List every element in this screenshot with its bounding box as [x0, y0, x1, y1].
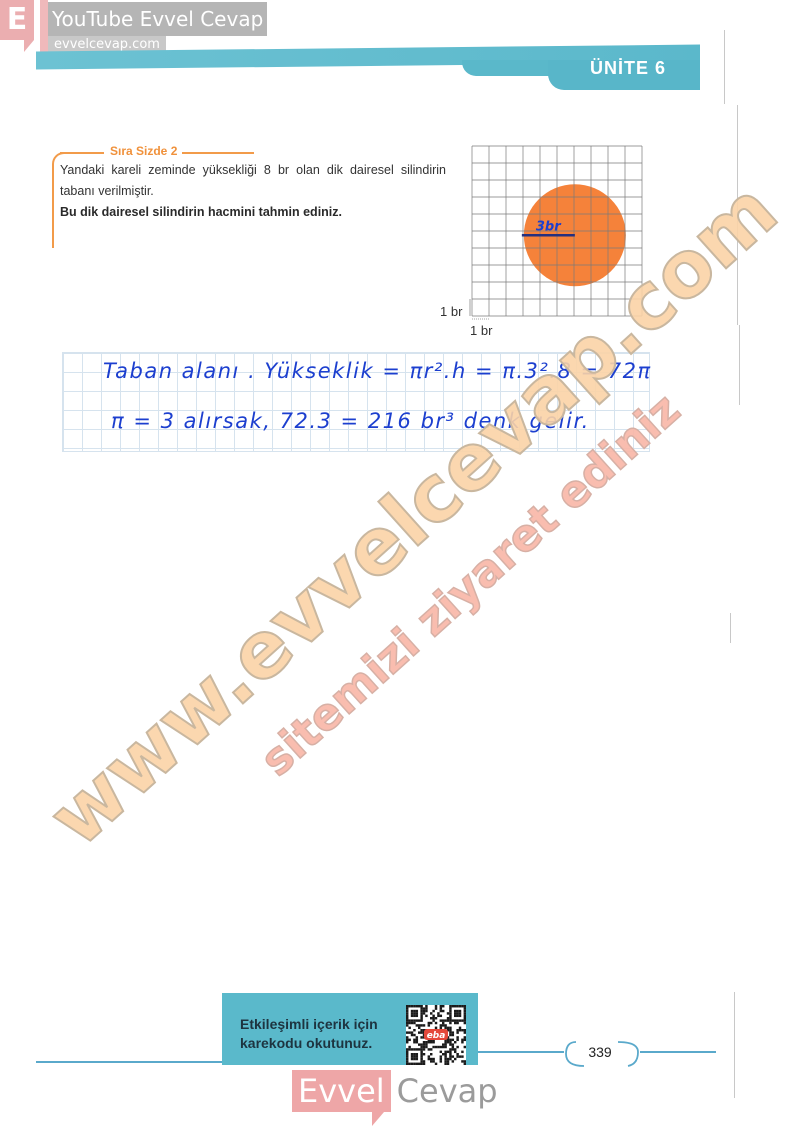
page-number: 339 — [562, 1044, 638, 1060]
solution-line-1: Taban alanı . Yükseklik = πr².h = π.3².8… — [103, 359, 652, 383]
exercise-title: Sıra Sizde 2 — [110, 144, 177, 158]
margin-rule — [737, 105, 738, 325]
brand-logo-icon: E — [0, 0, 34, 40]
brand-part-1: Evvel — [292, 1070, 391, 1112]
brand-tail-icon — [372, 1112, 384, 1126]
margin-rule — [734, 992, 735, 1098]
solution-area: Taban alanı . Yükseklik = πr².h = π.3².8… — [62, 352, 650, 452]
exercise-frame — [60, 152, 104, 154]
footer-line — [640, 1051, 716, 1053]
svg-text:www.evvelcevap.com: www.evvelcevap.com — [32, 165, 794, 864]
solution-line-2: π = 3 alırsak, 72.3 = 216 br³ denk gelir… — [111, 409, 590, 433]
margin-rule — [724, 30, 725, 104]
brand-strip — [40, 0, 48, 52]
qr-text-line-2: karekodu okutunuz. — [240, 1034, 378, 1053]
brand-title: YouTube Evvel Cevap — [48, 2, 267, 36]
svg-text:eba: eba — [427, 1031, 446, 1041]
footer-line — [36, 1061, 226, 1063]
qr-code-icon[interactable]: eba — [406, 1005, 466, 1065]
qr-text-line-1: Etkileşimli içerik için — [240, 1015, 378, 1034]
exercise-text: Yandaki kareli zeminde yüksekliği 8 br o… — [60, 160, 446, 202]
interactive-content-box: Etkileşimli içerik için karekodu okutunu… — [222, 993, 478, 1065]
brand-part-2: Cevap — [391, 1070, 504, 1112]
grid-figure: 3br — [462, 140, 662, 340]
unit-label-y: 1 br — [440, 304, 462, 319]
unit-label-x: 1 br — [470, 323, 492, 338]
exercise-question: Bu dik dairesel silindirin hacmini tahmi… — [60, 205, 342, 219]
margin-rule — [739, 325, 740, 405]
exercise-frame — [182, 152, 254, 154]
footer-line — [478, 1051, 564, 1053]
svg-text:3br: 3br — [536, 219, 562, 234]
unit-label: ÜNİTE 6 — [590, 58, 690, 79]
qr-instruction: Etkileşimli içerik için karekodu okutunu… — [240, 1015, 378, 1053]
margin-rule — [730, 613, 731, 643]
bottom-brand: EvvelCevap — [292, 1070, 504, 1112]
page-number-badge: 339 — [562, 1040, 642, 1068]
